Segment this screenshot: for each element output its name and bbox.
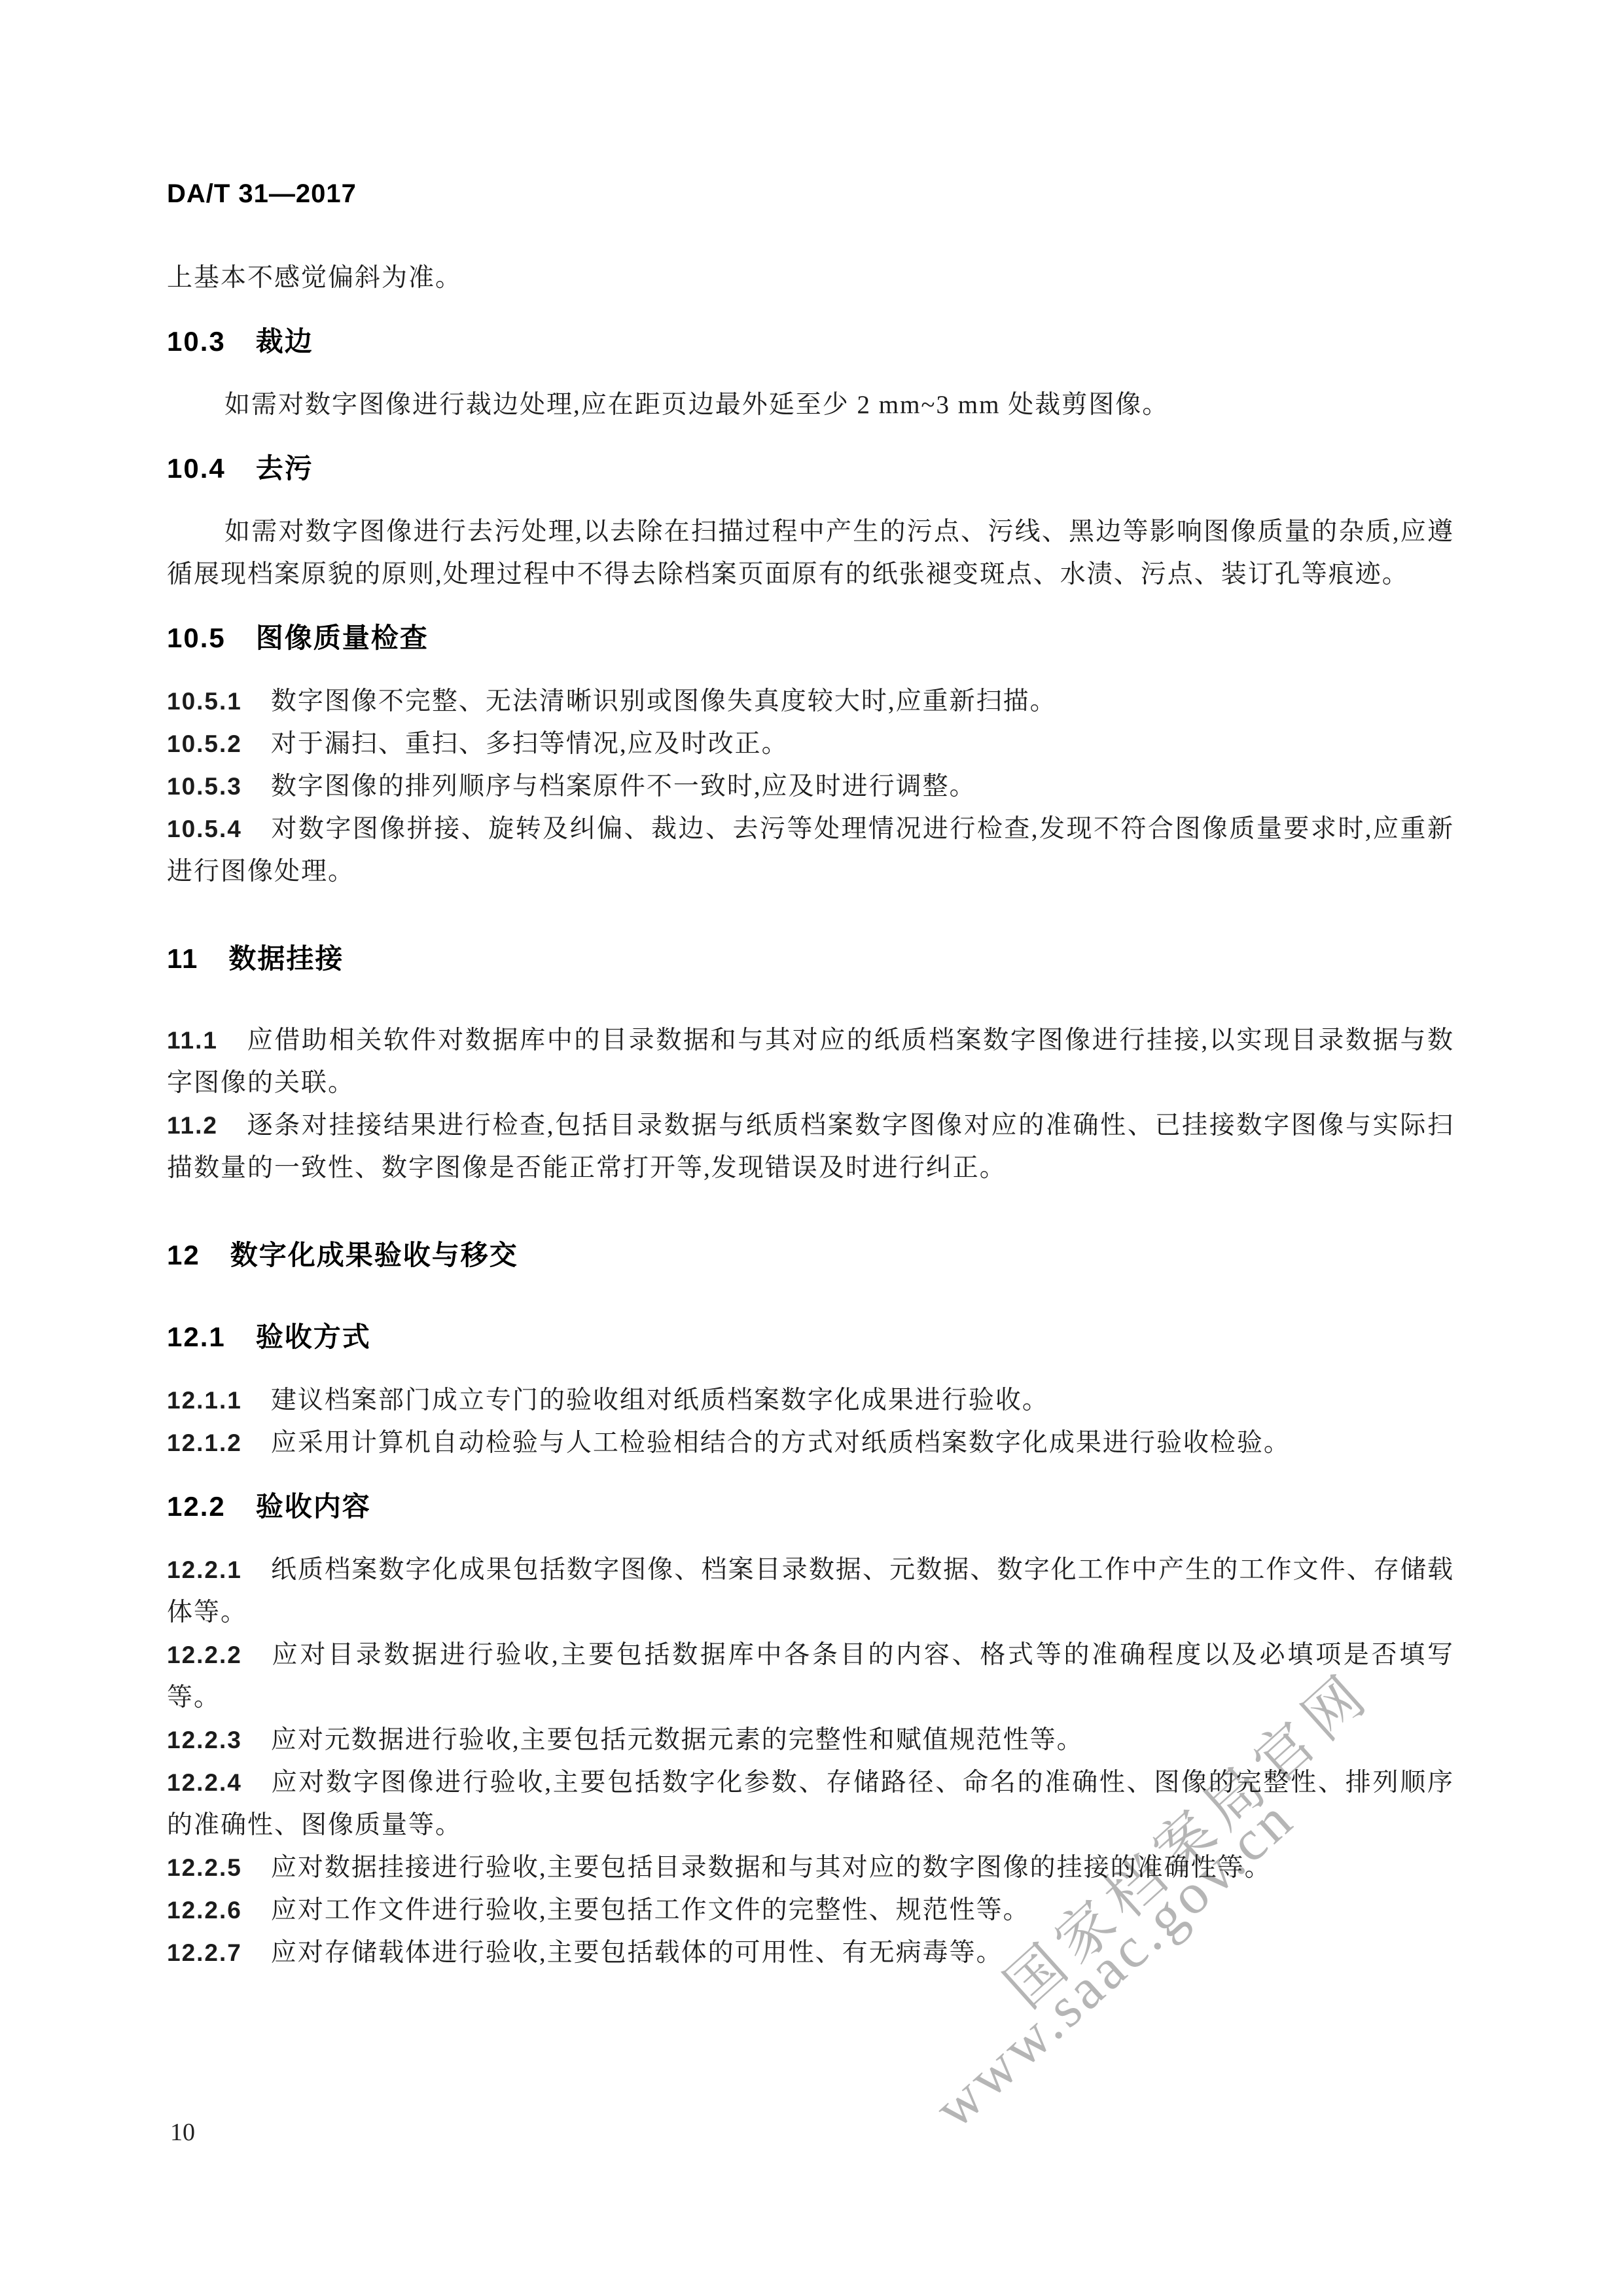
clause-10-5-3: 10.5.3数字图像的排列顺序与档案原件不一致时,应及时进行调整。 (167, 765, 1454, 808)
clause-number: 10.5.3 (167, 765, 242, 808)
clause-text: 应采用计算机自动检验与人工检验相结合的方式对纸质档案数字化成果进行验收检验。 (271, 1429, 1291, 1457)
clause-12-2-3: 12.2.3应对元数据进行验收,主要包括元数据元素的完整性和赋值规范性等。 (167, 1719, 1454, 1761)
section-number: 12.1 (167, 1316, 226, 1358)
clause-12-2-7: 12.2.7应对存储载体进行验收,主要包括载体的可用性、有无病毒等。 (167, 1931, 1454, 1974)
section-title: 验收方式 (256, 1321, 371, 1352)
clause-text: 应对数字图像进行验收,主要包括数字化参数、存储路径、命名的准确性、图像的完整性、… (167, 1768, 1454, 1839)
clause-text: 数字图像不完整、无法清晰识别或图像失真度较大时,应重新扫描。 (271, 687, 1057, 715)
clause-10-5-4: 10.5.4对数字图像拼接、旋转及纠偏、裁边、去污等处理情况进行检查,发现不符合… (167, 808, 1454, 893)
clause-text: 应对元数据进行验收,主要包括元数据元素的完整性和赋值规范性等。 (271, 1726, 1084, 1754)
paragraph: 如需对数字图像进行去污处理,以去除在扫描过程中产生的污点、污线、黑边等影响图像质… (167, 511, 1454, 596)
clause-10-5-1: 10.5.1数字图像不完整、无法清晰识别或图像失真度较大时,应重新扫描。 (167, 680, 1454, 723)
clause-12-2-4: 12.2.4应对数字图像进行验收,主要包括数字化参数、存储路径、命名的准确性、图… (167, 1761, 1454, 1846)
section-heading-10-5: 10.5图像质量检查 (167, 617, 1454, 659)
clause-number: 12.2.5 (167, 1846, 242, 1889)
clause-text: 应借助相关软件对数据库中的目录数据和与其对应的纸质档案数字图像进行挂接,以实现目… (167, 1026, 1454, 1097)
clause-number: 12.1.1 (167, 1379, 242, 1422)
section-number: 10.4 (167, 447, 226, 490)
clause-number: 10.5.2 (167, 723, 242, 765)
chapter-heading-12: 12数字化成果验收与移交 (167, 1234, 1454, 1276)
clause-text: 应对工作文件进行验收,主要包括工作文件的完整性、规范性等。 (271, 1896, 1030, 1924)
clause-number: 12.2.4 (167, 1761, 242, 1804)
clause-text: 应对目录数据进行验收,主要包括数据库中各条目的内容、格式等的准确程度以及必填项是… (167, 1641, 1454, 1712)
clause-text: 逐条对挂接结果进行检查,包括目录数据与纸质档案数字图像对应的准确性、已挂接数字图… (167, 1111, 1454, 1182)
clause-12-2-6: 12.2.6应对工作文件进行验收,主要包括工作文件的完整性、规范性等。 (167, 1889, 1454, 1931)
section-heading-10-3: 10.3裁边 (167, 320, 1454, 363)
page-number: 10 (170, 2118, 195, 2147)
section-number: 10.3 (167, 320, 226, 363)
paragraph: 如需对数字图像进行裁边处理,应在距页边最外延至少 2 mm~3 mm 处裁剪图像… (167, 384, 1454, 426)
clause-12-2-5: 12.2.5应对数据挂接进行验收,主要包括目录数据和与其对应的数字图像的挂接的准… (167, 1846, 1454, 1889)
clause-text: 纸质档案数字化成果包括数字图像、档案目录数据、元数据、数字化工作中产生的工作文件… (167, 1556, 1454, 1626)
clause-11-2: 11.2逐条对挂接结果进行检查,包括目录数据与纸质档案数字图像对应的准确性、已挂… (167, 1104, 1454, 1189)
clause-text: 数字图像的排列顺序与档案原件不一致时,应及时进行调整。 (271, 772, 976, 800)
clause-text: 应对数据挂接进行验收,主要包括目录数据和与其对应的数字图像的挂接的准确性等。 (271, 1854, 1272, 1882)
clause-text: 对数字图像拼接、旋转及纠偏、裁边、去污等处理情况进行检查,发现不符合图像质量要求… (167, 815, 1454, 886)
chapter-heading-11: 11数据挂接 (167, 937, 1454, 980)
clause-number: 12.2.6 (167, 1889, 242, 1931)
chapter-number: 11 (167, 937, 198, 980)
clause-12-2-1: 12.2.1纸质档案数字化成果包括数字图像、档案目录数据、元数据、数字化工作中产… (167, 1549, 1454, 1634)
section-heading-12-1: 12.1验收方式 (167, 1316, 1454, 1358)
section-number: 12.2 (167, 1485, 226, 1528)
clause-number: 11.2 (167, 1104, 218, 1147)
clause-number: 12.2.1 (167, 1549, 242, 1591)
section-title: 验收内容 (256, 1491, 371, 1522)
clause-12-1-2: 12.1.2应采用计算机自动检验与人工检验相结合的方式对纸质档案数字化成果进行验… (167, 1422, 1454, 1464)
chapter-number: 12 (167, 1234, 200, 1276)
clause-number: 12.2.3 (167, 1719, 242, 1761)
chapter-title: 数字化成果验收与移交 (230, 1240, 518, 1270)
clause-number: 11.1 (167, 1019, 218, 1062)
clause-text: 应对存储载体进行验收,主要包括载体的可用性、有无病毒等。 (271, 1939, 1003, 1967)
document-page: DA/T 31—2017 上基本不感觉偏斜为准。 10.3裁边 如需对数字图像进… (0, 0, 1623, 1974)
clause-12-1-1: 12.1.1建议档案部门成立专门的验收组对纸质档案数字化成果进行验收。 (167, 1379, 1454, 1422)
clause-12-2-2: 12.2.2应对目录数据进行验收,主要包括数据库中各条目的内容、格式等的准确程度… (167, 1634, 1454, 1719)
section-title: 去污 (256, 453, 313, 484)
clause-number: 10.5.4 (167, 808, 242, 850)
clause-text: 对于漏扫、重扫、多扫等情况,应及时改正。 (271, 730, 789, 758)
clause-10-5-2: 10.5.2对于漏扫、重扫、多扫等情况,应及时改正。 (167, 723, 1454, 765)
clause-11-1: 11.1应借助相关软件对数据库中的目录数据和与其对应的纸质档案数字图像进行挂接,… (167, 1019, 1454, 1104)
clause-number: 10.5.1 (167, 680, 242, 723)
section-title: 裁边 (256, 326, 313, 357)
clause-number: 12.2.7 (167, 1931, 242, 1974)
section-heading-12-2: 12.2验收内容 (167, 1485, 1454, 1528)
clause-number: 12.1.2 (167, 1422, 242, 1464)
section-number: 10.5 (167, 617, 226, 659)
chapter-title: 数据挂接 (228, 943, 344, 974)
section-title: 图像质量检查 (256, 622, 429, 653)
paragraph-continuation: 上基本不感觉偏斜为准。 (167, 257, 1454, 299)
section-heading-10-4: 10.4去污 (167, 447, 1454, 490)
clause-number: 12.2.2 (167, 1634, 242, 1676)
doc-code-header: DA/T 31—2017 (167, 178, 1454, 209)
clause-text: 建议档案部门成立专门的验收组对纸质档案数字化成果进行验收。 (271, 1386, 1049, 1414)
